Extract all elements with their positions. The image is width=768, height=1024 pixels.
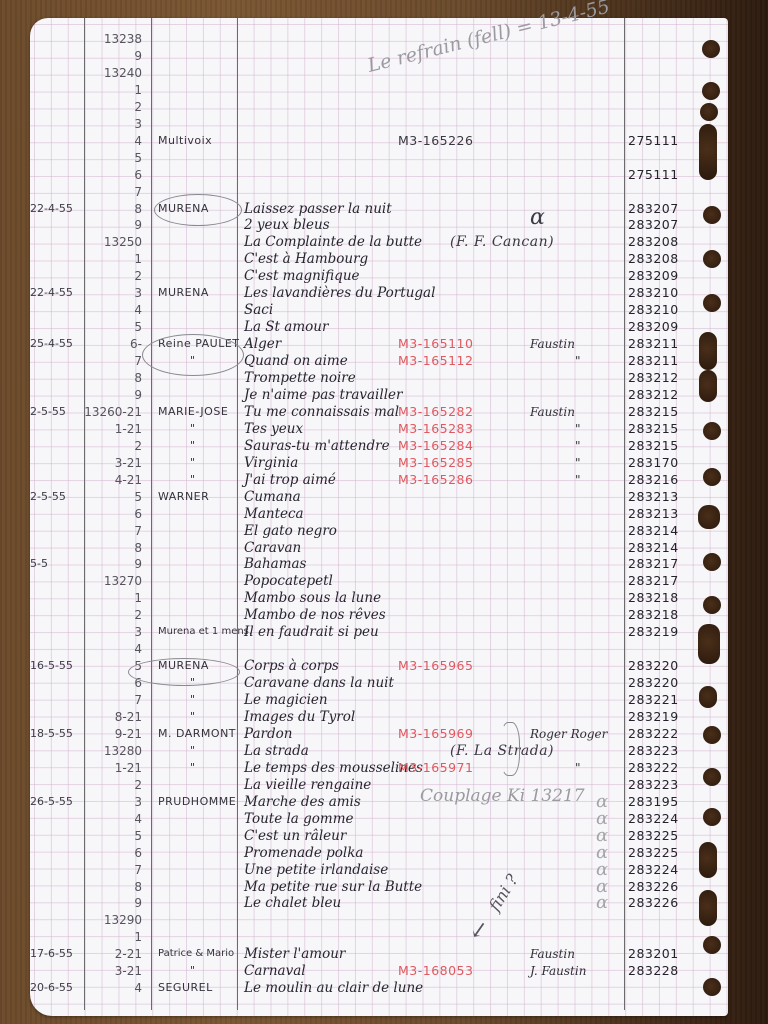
row-artist: "	[190, 692, 196, 708]
row-reference: M3-165286	[398, 472, 473, 488]
circle-mark-murena	[154, 194, 242, 226]
row-code: 283207	[628, 201, 679, 217]
row-code: 283228	[628, 963, 679, 979]
row-title: Sauras-tu m'attendre	[244, 438, 390, 454]
row-title: Images du Tyrol	[244, 709, 355, 725]
row-editor: Faustin	[530, 946, 575, 962]
binder-hole	[703, 422, 721, 440]
row-artist: MURENA	[158, 285, 209, 301]
row-artist: WARNER	[158, 489, 209, 505]
row-code: 283195	[628, 794, 679, 810]
binder-hole	[703, 596, 721, 614]
row-editor: "	[575, 421, 581, 437]
row-index: 3-21	[82, 963, 142, 979]
row-title: Laissez passer la nuit	[244, 201, 392, 217]
row-code: 283216	[628, 472, 679, 488]
row-index: 1	[82, 929, 142, 945]
row-code: 283226	[628, 879, 679, 895]
row-artist: Patrice & Mario	[158, 946, 234, 962]
row-date: 26-5-55	[30, 794, 73, 810]
row-title: Corps à corps	[244, 658, 339, 674]
row-index: 4	[82, 302, 142, 318]
row-code: 283224	[628, 862, 679, 878]
row-title: Le chalet bleu	[244, 895, 341, 911]
row-code: 283223	[628, 777, 679, 793]
row-index: 9	[82, 387, 142, 403]
row-title: Bahamas	[244, 556, 307, 572]
row-index: 5	[82, 319, 142, 335]
binder-hole	[703, 250, 721, 268]
row-title: Popocatepetl	[244, 573, 333, 589]
row-title: Caravane dans la nuit	[244, 675, 394, 691]
row-code: 283213	[628, 506, 679, 522]
row-index: 3	[82, 624, 142, 640]
pencil-note-refrain: Le refrain (fell) = 13-4-55	[366, 0, 611, 74]
row-title: Il en faudrait si peu	[244, 624, 379, 640]
row-index: 4	[82, 811, 142, 827]
row-index: 6	[82, 167, 142, 183]
row-title: Le moulin au clair de lune	[244, 980, 423, 996]
row-index: 9	[82, 48, 142, 64]
circle-mark-murena-2	[128, 658, 240, 686]
row-date: 25-4-55	[30, 336, 73, 352]
binder-hole	[703, 768, 721, 786]
row-index: 1	[82, 590, 142, 606]
row-code: 283210	[628, 285, 679, 301]
binder-hole	[703, 553, 721, 571]
row-index: 6	[82, 506, 142, 522]
row-index: 2	[82, 268, 142, 284]
row-index: 8-21	[82, 709, 142, 725]
row-index: 5	[82, 489, 142, 505]
row-title: Pardon	[244, 726, 292, 742]
row-title: La Complainte de la butte	[244, 234, 422, 250]
row-date: 18-5-55	[30, 726, 73, 742]
row-editor: Roger Roger	[530, 726, 607, 742]
row-title: Caravan	[244, 540, 301, 556]
row-title: 2 yeux bleus	[244, 217, 330, 233]
binder-hole	[702, 40, 720, 58]
row-artist: Murena et 1 mens.	[158, 624, 252, 640]
row-title: Manteca	[244, 506, 304, 522]
row-index: 2-21	[82, 946, 142, 962]
row-code: 283214	[628, 523, 679, 539]
row-artist: "	[190, 963, 196, 979]
row-code: 283226	[628, 895, 679, 911]
row-artist: MARIE-JOSE	[158, 404, 228, 420]
binder-hole	[699, 370, 717, 402]
row-title: Promenade polka	[244, 845, 363, 861]
binder-hole	[699, 686, 717, 708]
row-reference: M3-165112	[398, 353, 473, 369]
row-index: 7	[82, 692, 142, 708]
row-title: La St amour	[244, 319, 328, 335]
row-title: Trompette noire	[244, 370, 356, 386]
row-date: 2-5-55	[30, 489, 66, 505]
row-index: 5	[82, 150, 142, 166]
circle-mark-paulet	[142, 334, 244, 376]
row-editor: Faustin	[530, 336, 575, 352]
row-code: 283222	[628, 760, 679, 776]
row-index: 13290	[82, 912, 142, 928]
row-index: 8	[82, 540, 142, 556]
row-title: Quand on aime	[244, 353, 348, 369]
row-reference: M3-165282	[398, 404, 473, 420]
row-title: J'ai trop aimé	[244, 472, 336, 488]
row-code: 283221	[628, 692, 679, 708]
row-index: 3	[82, 794, 142, 810]
row-index: 2	[82, 438, 142, 454]
row-code: 283218	[628, 590, 679, 606]
binder-hole	[699, 890, 717, 926]
row-index: 4	[82, 133, 142, 149]
row-index: 6-	[82, 336, 142, 352]
binder-hole	[702, 82, 720, 100]
row-code: 283201	[628, 946, 679, 962]
binder-hole	[703, 294, 721, 312]
row-title: Alger	[244, 336, 281, 352]
row-reference: M3-168053	[398, 963, 473, 979]
row-title: La strada	[244, 743, 309, 759]
row-index: 2	[82, 99, 142, 115]
row-editor: Faustin	[530, 404, 575, 420]
row-title: Mambo de nos rêves	[244, 607, 386, 623]
row-index: 7	[82, 523, 142, 539]
row-index: 7	[82, 184, 142, 200]
arrow-icon: ↙	[469, 922, 490, 941]
binder-hole	[698, 505, 720, 529]
row-code: 283219	[628, 709, 679, 725]
row-code: 283208	[628, 234, 679, 250]
row-title: Tes yeux	[244, 421, 303, 437]
row-code: 283224	[628, 811, 679, 827]
row-code: 283215	[628, 438, 679, 454]
row-artist: "	[190, 472, 196, 488]
row-index: 2	[82, 777, 142, 793]
index-column-rule	[151, 18, 152, 1010]
pencil-note-couplage: Couplage Ki 13217	[420, 788, 585, 804]
row-index: 13260-21	[82, 404, 142, 420]
row-code: 283207	[628, 217, 679, 233]
row-title: Toute la gomme	[244, 811, 354, 827]
row-artist: "	[190, 743, 196, 759]
row-editor: "	[575, 472, 581, 488]
row-index: 9	[82, 556, 142, 572]
binder-hole	[699, 124, 717, 180]
row-index: 8	[82, 879, 142, 895]
row-date: 2-5-55	[30, 404, 66, 420]
row-index: 13238	[82, 31, 142, 47]
row-code: 283218	[628, 607, 679, 623]
row-index: 7	[82, 862, 142, 878]
row-index: 8	[82, 370, 142, 386]
row-title: La vieille rengaine	[244, 777, 371, 793]
alpha-check-mark: α	[596, 895, 608, 911]
row-index: 9-21	[82, 726, 142, 742]
row-code: 283170	[628, 455, 679, 471]
row-title: Mister l'amour	[244, 946, 345, 962]
artist-column-rule	[237, 18, 238, 1010]
row-index: 9	[82, 895, 142, 911]
row-artist: Multivoix	[158, 133, 212, 149]
row-title: Le magicien	[244, 692, 328, 708]
binder-hole	[703, 978, 721, 996]
row-code: 283211	[628, 336, 679, 352]
row-index: 3	[82, 285, 142, 301]
row-title: Les lavandières du Portugal	[244, 285, 435, 301]
row-title: Tu me connaissais mal	[244, 404, 399, 420]
row-code: 283213	[628, 489, 679, 505]
row-code: 283211	[628, 353, 679, 369]
row-code: 283208	[628, 251, 679, 267]
row-code: 283212	[628, 387, 679, 403]
pencil-note-fini: fini ?	[486, 872, 521, 914]
row-title: Virginia	[244, 455, 298, 471]
row-artist: SEGUREL	[158, 980, 213, 996]
binder-hole	[703, 206, 721, 224]
code-column-rule	[624, 18, 625, 1010]
row-reference: M3-165284	[398, 438, 473, 454]
row-index: 5	[82, 828, 142, 844]
row-code: 283210	[628, 302, 679, 318]
row-code: 275111	[628, 167, 679, 183]
row-artist: "	[190, 709, 196, 725]
row-code: 283217	[628, 573, 679, 589]
row-index: 8	[82, 201, 142, 217]
row-code: 283214	[628, 540, 679, 556]
row-index: 13270	[82, 573, 142, 589]
row-date: 22-4-55	[30, 201, 73, 217]
row-editor: "	[575, 438, 581, 454]
row-date: 20-6-55	[30, 980, 73, 996]
row-code: 283215	[628, 421, 679, 437]
row-code: 283225	[628, 828, 679, 844]
row-index: 13250	[82, 234, 142, 250]
row-index: 1-21	[82, 760, 142, 776]
binder-hole	[703, 726, 721, 744]
row-title: El gato negro	[244, 523, 337, 539]
row-editor: J. Faustin	[530, 963, 586, 979]
row-title: Je n'aime pas travailler	[244, 387, 402, 403]
row-title: Mambo sous la lune	[244, 590, 381, 606]
row-index: 2	[82, 607, 142, 623]
row-title: Saci	[244, 302, 273, 318]
row-date: 22-4-55	[30, 285, 73, 301]
row-index: 13280	[82, 743, 142, 759]
binder-hole	[703, 808, 721, 826]
row-title: C'est à Hambourg	[244, 251, 368, 267]
row-title: Carnaval	[244, 963, 306, 979]
row-code: 283220	[628, 675, 679, 691]
row-artist: "	[190, 455, 196, 471]
row-editor: "	[575, 353, 581, 369]
row-index: 4-21	[82, 472, 142, 488]
row-code: 283212	[628, 370, 679, 386]
binder-hole	[703, 936, 721, 954]
row-code: 283220	[628, 658, 679, 674]
row-index: 4	[82, 980, 142, 996]
row-reference: M3-165226	[398, 133, 473, 149]
row-title: C'est un râleur	[244, 828, 346, 844]
row-date: 17-6-55	[30, 946, 73, 962]
row-index: 9	[82, 217, 142, 233]
row-reference: M3-165285	[398, 455, 473, 471]
row-index: 6	[82, 845, 142, 861]
row-editor: "	[575, 760, 581, 776]
binder-hole	[700, 103, 718, 121]
row-code: 283223	[628, 743, 679, 759]
row-title: Ma petite rue sur la Butte	[244, 879, 422, 895]
row-index: 1	[82, 82, 142, 98]
row-artist: M. DARMONT	[158, 726, 236, 742]
row-artist: PRUDHOMME	[158, 794, 236, 810]
row-code: 283225	[628, 845, 679, 861]
row-index: 7	[82, 353, 142, 369]
row-reference: (F. F. Cancan)	[450, 234, 554, 250]
row-date: 5-5	[30, 556, 48, 572]
row-code: 283209	[628, 268, 679, 284]
row-editor: "	[575, 455, 581, 471]
row-reference: M3-165965	[398, 658, 473, 674]
row-index: 1	[82, 251, 142, 267]
alpha-mark: α	[530, 210, 545, 226]
row-artist: "	[190, 760, 196, 776]
binder-hole	[698, 624, 720, 664]
row-title: Cumana	[244, 489, 301, 505]
row-reference: M3-165283	[398, 421, 473, 437]
row-code: 283217	[628, 556, 679, 572]
row-artist: "	[190, 421, 196, 437]
row-code: 283219	[628, 624, 679, 640]
row-reference: M3-165110	[398, 336, 473, 352]
row-index: 4	[82, 641, 142, 657]
ledger-sheet: 132389132401234MultivoixM3-1652262751115…	[30, 18, 728, 1016]
row-index: 3	[82, 116, 142, 132]
binder-hole	[699, 332, 717, 370]
bracket-mark	[500, 722, 520, 776]
row-index: 1-21	[82, 421, 142, 437]
row-code: 283215	[628, 404, 679, 420]
row-code: 275111	[628, 133, 679, 149]
row-title: Marche des amis	[244, 794, 361, 810]
row-title: Le temps des mousselines	[244, 760, 423, 776]
row-reference: M3-165971	[398, 760, 473, 776]
row-index: 3-21	[82, 455, 142, 471]
row-code: 283209	[628, 319, 679, 335]
row-artist: "	[190, 438, 196, 454]
row-reference: M3-165969	[398, 726, 473, 742]
row-title: C'est magnifique	[244, 268, 360, 284]
row-title: Une petite irlandaise	[244, 862, 388, 878]
row-code: 283222	[628, 726, 679, 742]
row-date: 16-5-55	[30, 658, 73, 674]
binder-hole	[699, 842, 717, 878]
row-index: 13240	[82, 65, 142, 81]
binder-hole	[703, 468, 721, 486]
